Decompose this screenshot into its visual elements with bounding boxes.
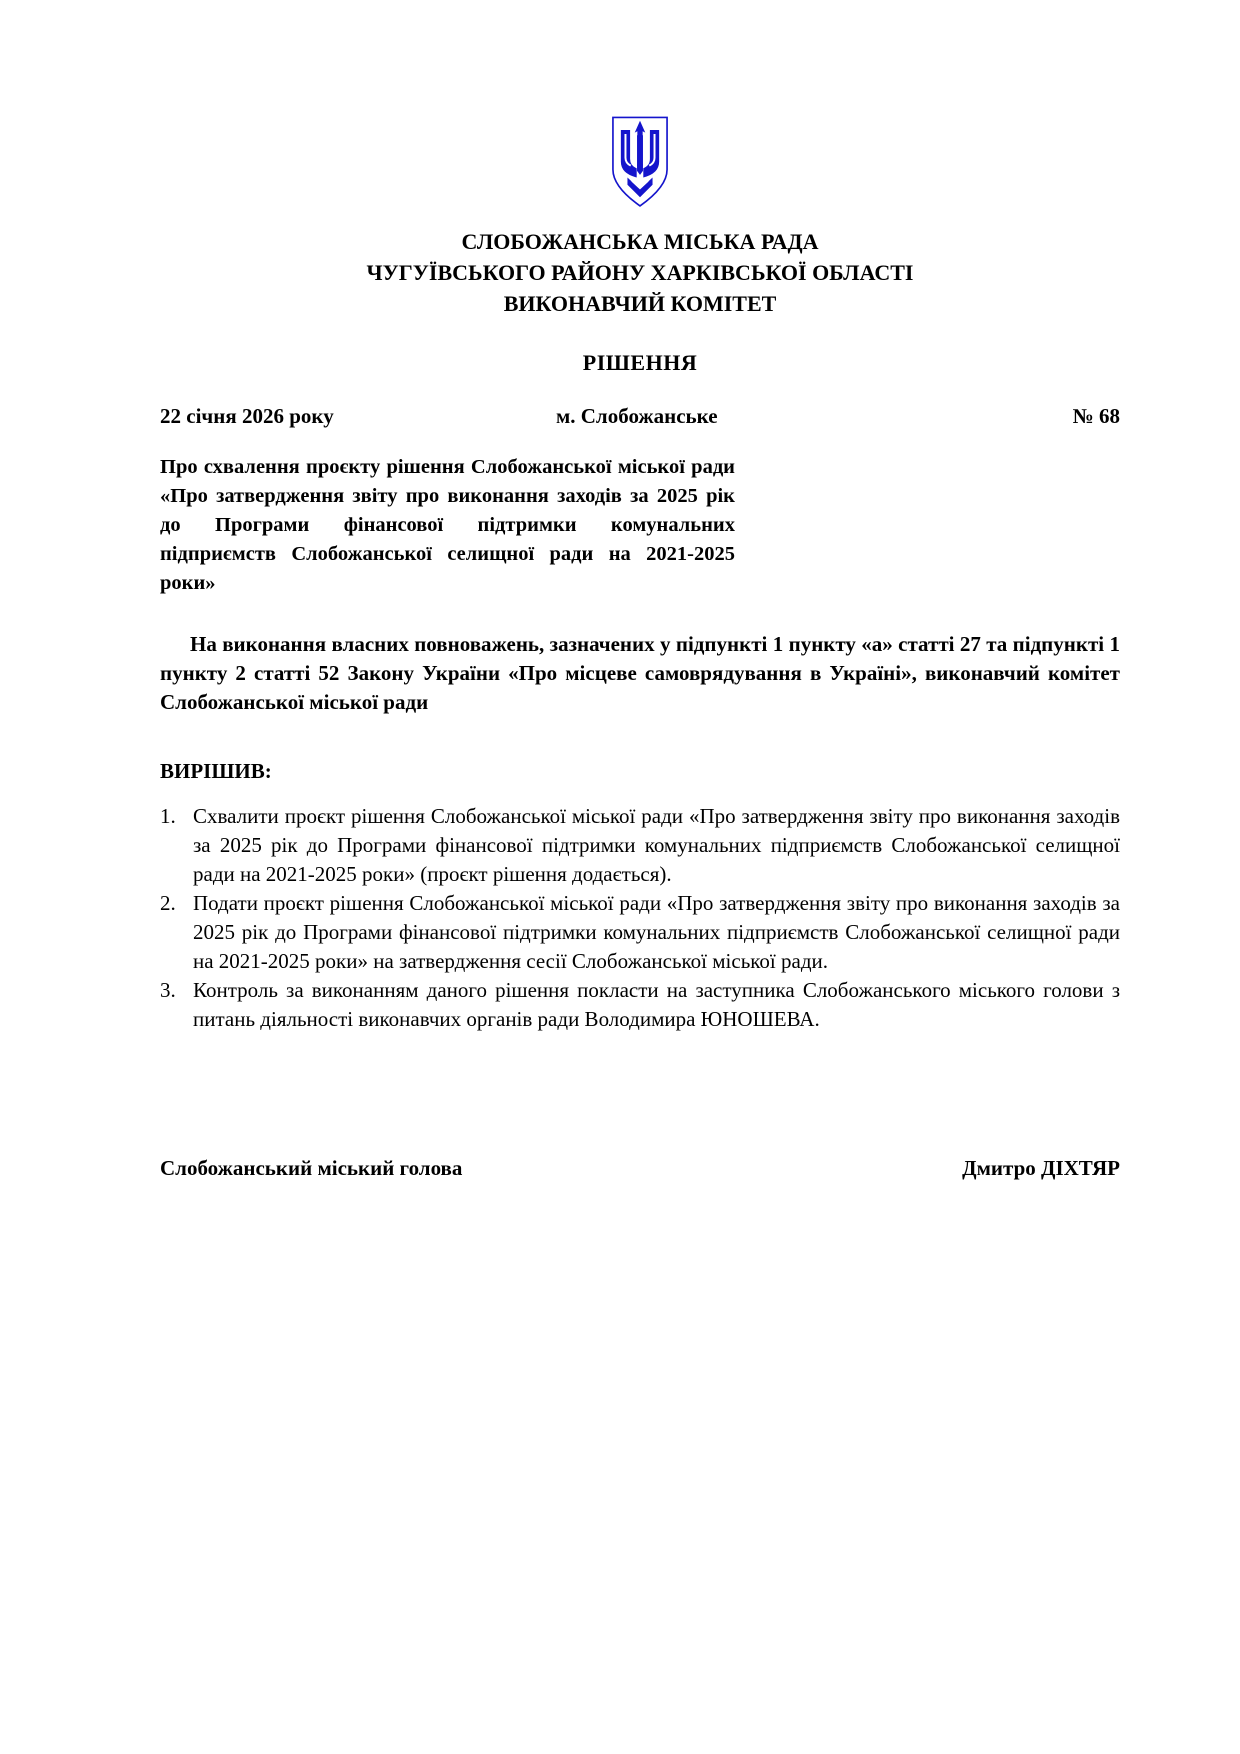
document-page: СЛОБОЖАНСЬКА МІСЬКА РАДА ЧУГУЇВСЬКОГО РА…: [0, 0, 1240, 1754]
resolved-label: ВИРІШИВ:: [160, 757, 1120, 786]
coat-of-arms-emblem: [607, 112, 673, 212]
document-meta-row: 22 січня 2026 року м. Слобожанське № 68: [160, 402, 1120, 431]
org-name-line1: СЛОБОЖАНСЬКА МІСЬКА РАДА: [160, 226, 1120, 257]
decision-item-2: 2. Подати проєкт рішення Слобожанської м…: [160, 889, 1120, 976]
document-type-title: РІШЕННЯ: [160, 347, 1120, 378]
item-number: 3.: [160, 976, 193, 1034]
trident-icon: [607, 112, 673, 212]
preamble-paragraph: На виконання власних повноважень, зазнач…: [160, 630, 1120, 717]
decision-item-3: 3. Контроль за виконанням даного рішення…: [160, 976, 1120, 1034]
item-text: Подати проєкт рішення Слобожанської місь…: [193, 889, 1120, 976]
document-place: м. Слобожанське: [556, 402, 718, 431]
item-number: 1.: [160, 802, 193, 889]
signatory-name: Дмитро ДІХТЯР: [962, 1154, 1120, 1183]
item-text: Схвалити проєкт рішення Слобожанської мі…: [193, 802, 1120, 889]
organization-header: СЛОБОЖАНСЬКА МІСЬКА РАДА ЧУГУЇВСЬКОГО РА…: [160, 226, 1120, 319]
signature-row: Слобожанський міський голова Дмитро ДІХТ…: [160, 1154, 1120, 1183]
document-date: 22 січня 2026 року: [160, 402, 334, 431]
decision-list: 1. Схвалити проєкт рішення Слобожанської…: [160, 802, 1120, 1034]
decision-item-1: 1. Схвалити проєкт рішення Слобожанської…: [160, 802, 1120, 889]
org-name-line3: ВИКОНАВЧИЙ КОМІТЕТ: [160, 288, 1120, 319]
item-number: 2.: [160, 889, 193, 976]
org-name-line2: ЧУГУЇВСЬКОГО РАЙОНУ ХАРКІВСЬКОЇ ОБЛАСТІ: [160, 257, 1120, 288]
item-text: Контроль за виконанням даного рішення по…: [193, 976, 1120, 1034]
signatory-position: Слобожанський міський голова: [160, 1154, 462, 1183]
subject-paragraph: Про схвалення проєкту рішення Слобожансь…: [160, 453, 735, 598]
document-number: № 68: [1073, 402, 1120, 431]
